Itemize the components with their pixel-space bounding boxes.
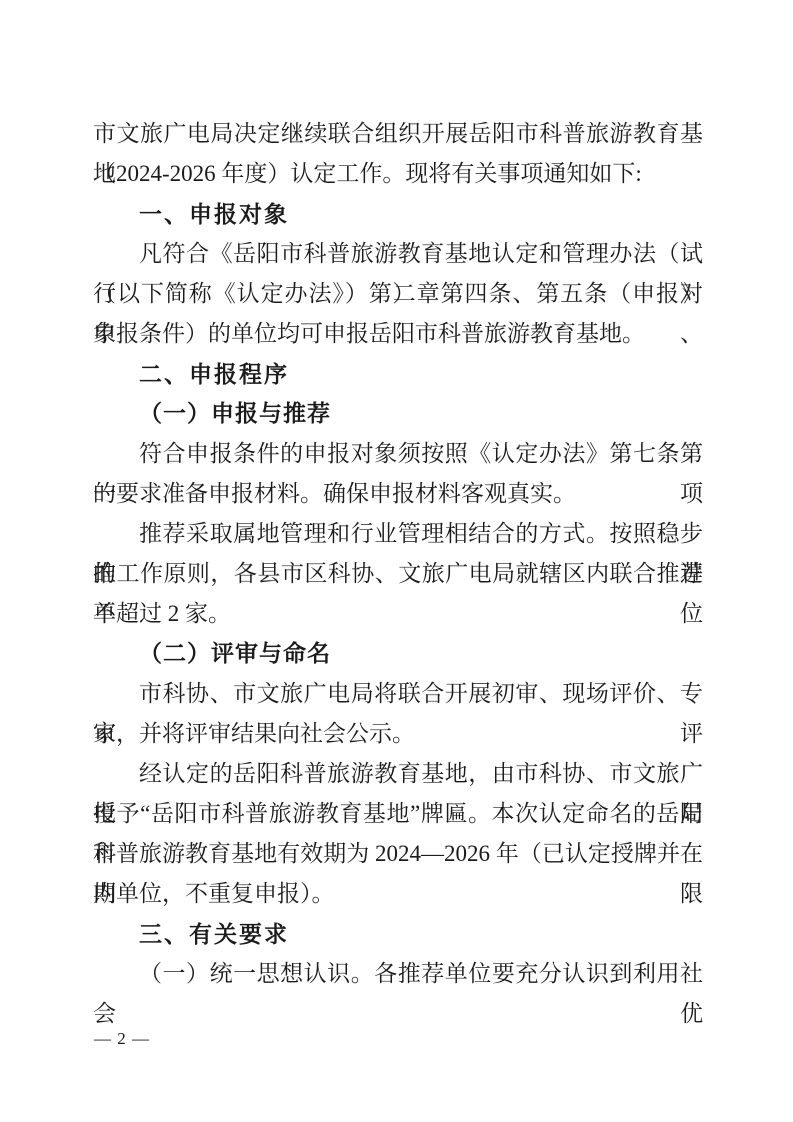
doc-line: 符合申报条件的申报对象须按照《认定办法》第七条第一项: [93, 434, 703, 474]
doc-line: （以下简称《认定办法》）第二章第四条、第五条（申报对象、: [93, 274, 703, 314]
doc-line: 科普旅游教育基地有效期为 2024—2026 年（已认定授牌并在期限: [93, 834, 703, 874]
document-page: 市文旅广电局决定继续联合组织开展岳阳市科普旅游教育基地 （2024-2026 年…: [0, 0, 793, 1122]
doc-line: （2024-2026 年度）认定工作。现将有关事项通知如下:: [93, 154, 703, 194]
document-body: 市文旅广电局决定继续联合组织开展岳阳市科普旅游教育基地 （2024-2026 年…: [93, 114, 703, 994]
section-heading-2: 二、申报程序: [93, 354, 703, 394]
doc-line: 推荐采取属地管理和行业管理相结合的方式。按照稳步推进: [93, 514, 703, 554]
doc-line: 的工作原则，各县市区科协、文旅广电局就辖区内联合推荐单位: [93, 554, 703, 594]
sub-heading-2-2: （二）评审与命名: [93, 634, 703, 674]
doc-line: 授予“岳阳市科普旅游教育基地”牌匾。本次认定命名的岳阳市: [93, 794, 703, 834]
section-heading-3: 三、有关要求: [93, 914, 703, 954]
doc-line: 经认定的岳阳科普旅游教育基地，由市科协、市文旅广电局: [93, 754, 703, 794]
doc-line: （一）统一思想认识。各推荐单位要充分认识到利用社会优: [93, 954, 703, 994]
doc-line: 市文旅广电局决定继续联合组织开展岳阳市科普旅游教育基地: [93, 114, 703, 154]
page-number: — 2 —: [94, 1028, 150, 1050]
doc-line: 申报条件）的单位均可申报岳阳市科普旅游教育基地。: [93, 314, 703, 354]
section-heading-1: 一、申报对象: [93, 194, 703, 234]
doc-line: 市科协、市文旅广电局将联合开展初审、现场评价、专家评: [93, 674, 703, 714]
doc-line: 凡符合《岳阳市科普旅游教育基地认定和管理办法（试行）》: [93, 234, 703, 274]
sub-heading-2-1: （一）申报与推荐: [93, 394, 703, 434]
